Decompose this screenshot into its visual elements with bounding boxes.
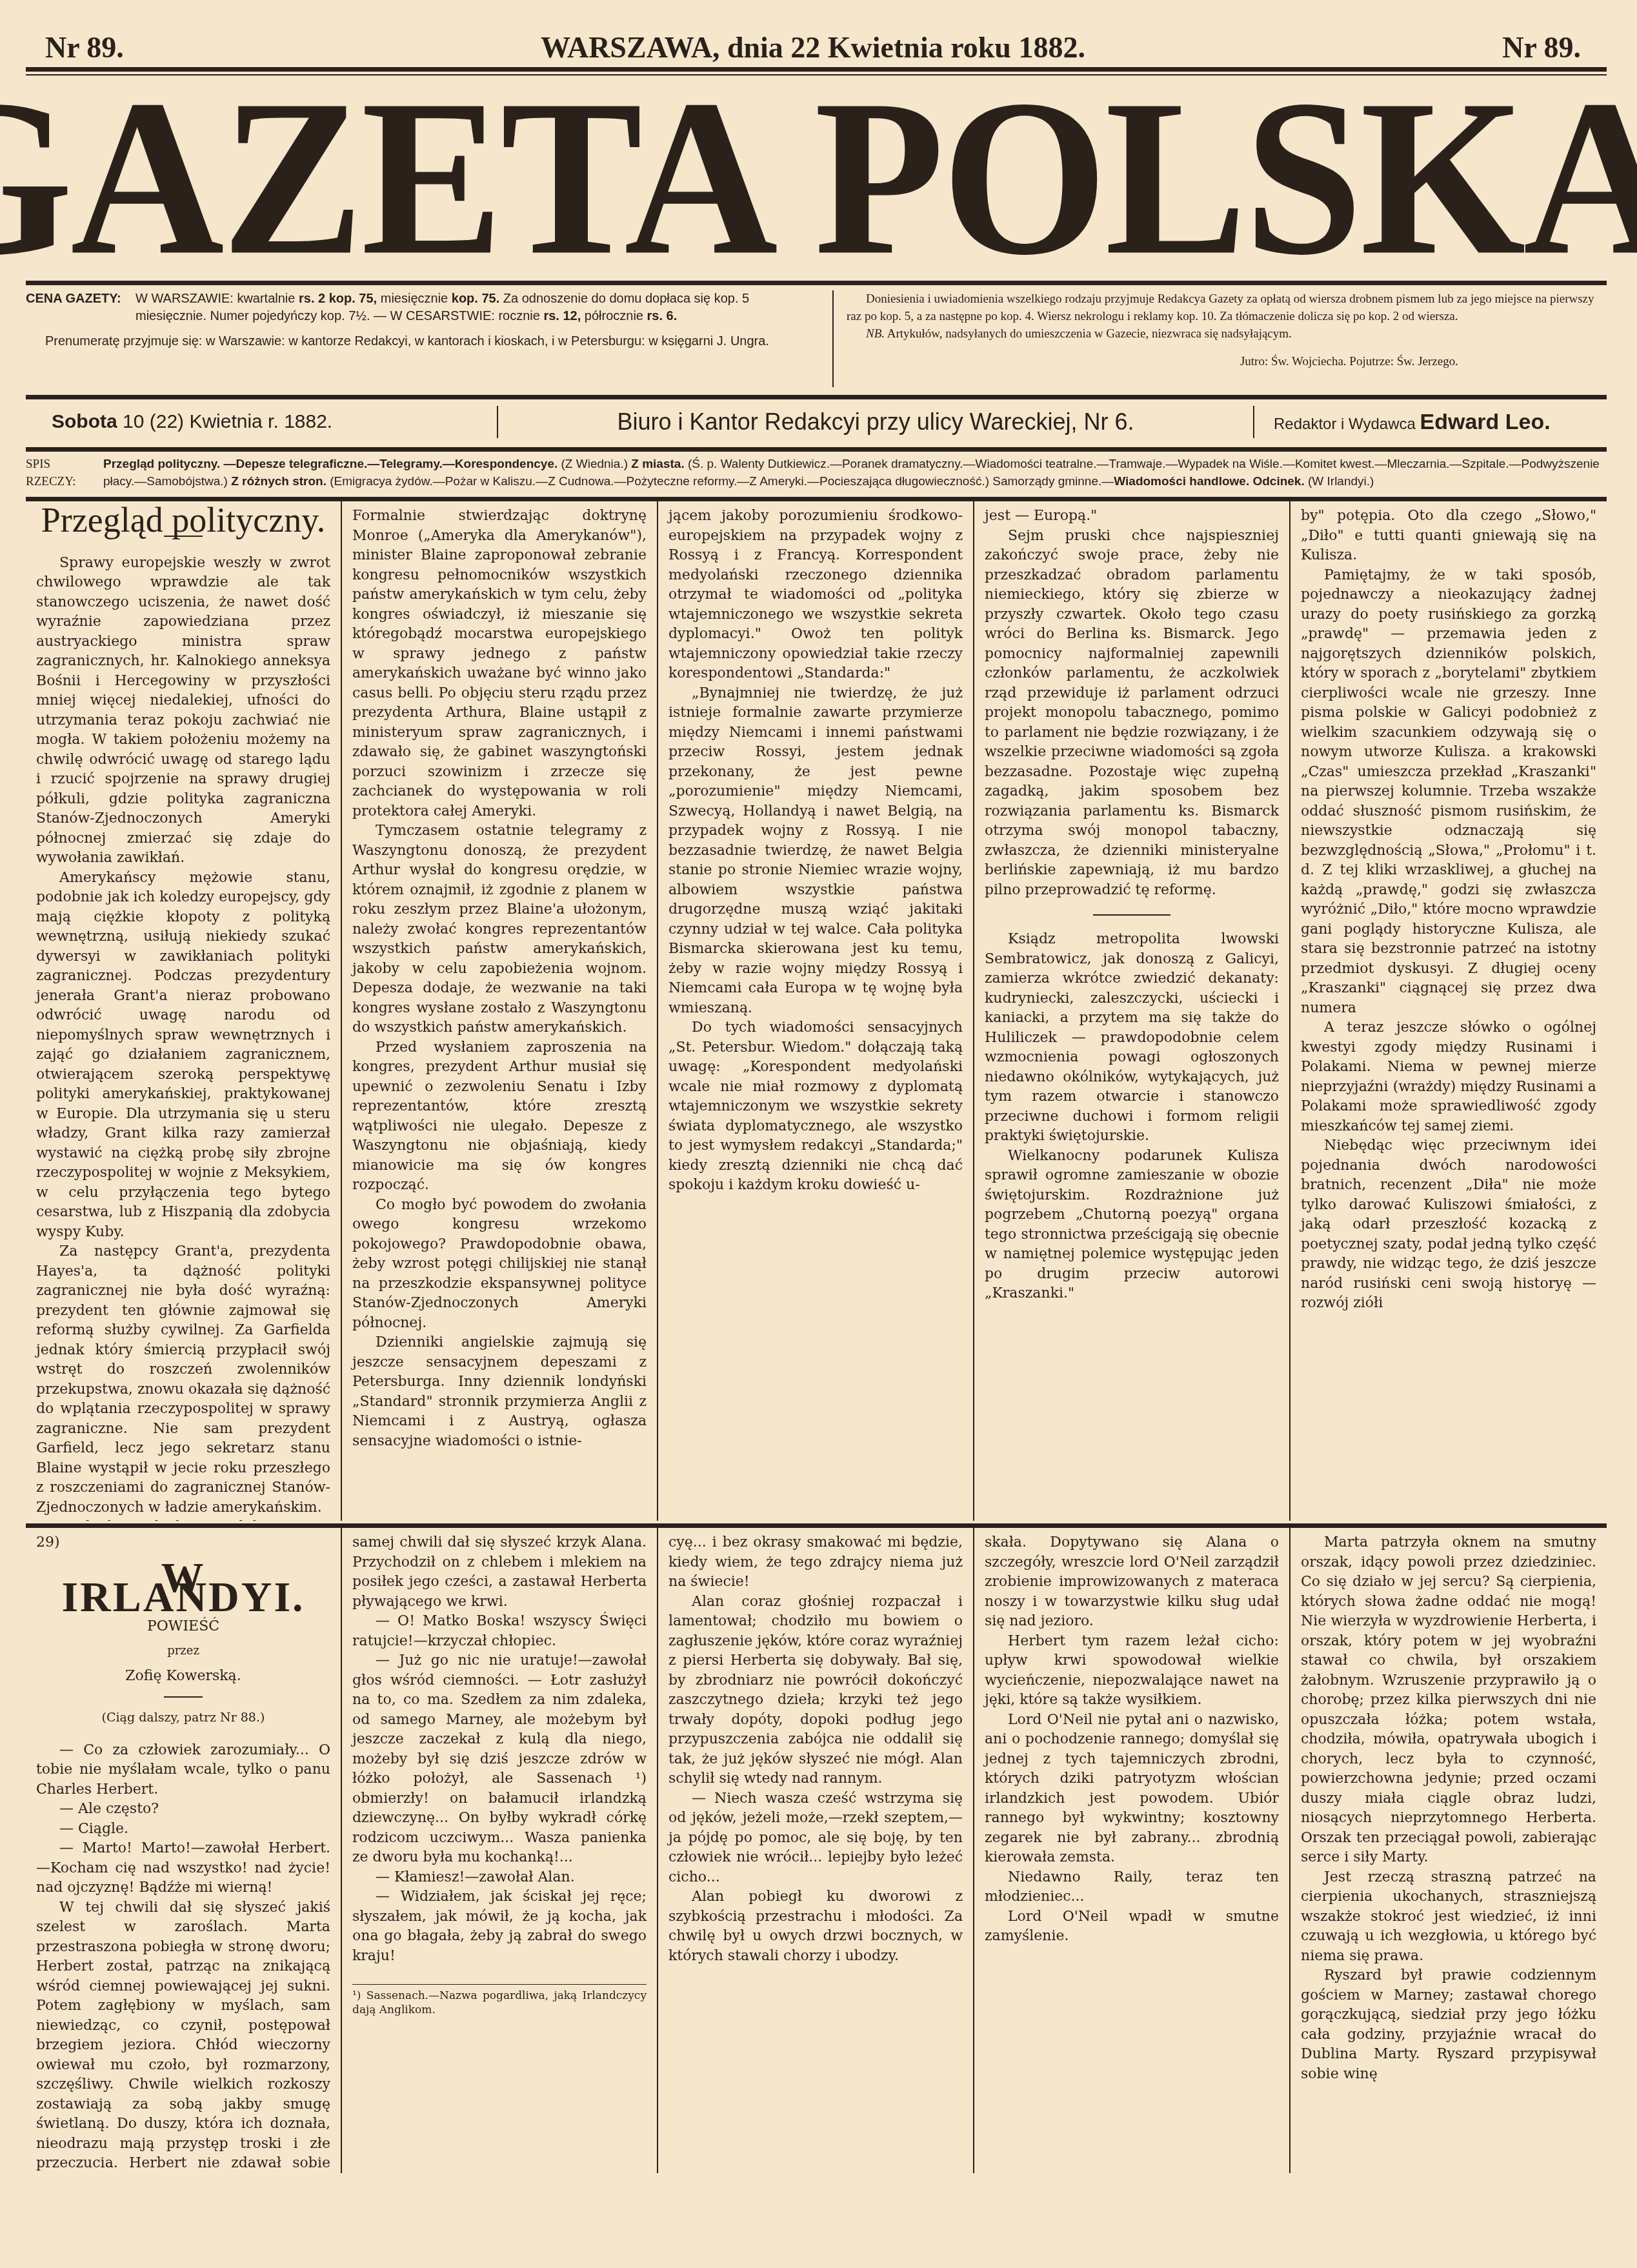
story-column-5: Marta patrzyła oknem na smutny orszak, i… — [1291, 1528, 1607, 2173]
paragraph: samej chwili dał się słyszeć krzyk Alana… — [352, 1533, 647, 1612]
divider — [164, 1696, 203, 1698]
paragraph: Alan pobiegł ku dworowi z szybkością prz… — [668, 1887, 963, 1966]
table-of-contents: SPIS RZECZY: Przegląd polityczny. —Depes… — [26, 452, 1607, 494]
pricing-part: półrocznie — [581, 309, 647, 323]
column-4: jest — Europą."Sejm pruski chce najspies… — [974, 501, 1291, 1521]
paragraph: Niebędąc więc przeciwnym idei pojednania… — [1301, 1136, 1596, 1314]
paragraph: jącem jakoby porozumieniu środkowo-europ… — [668, 507, 963, 684]
nb-line: NB. Artykułów, nadsyłanych do umieszczen… — [847, 325, 1607, 343]
paragraph: Za następcy Grant'a, prezydenta Hayes'a,… — [36, 1242, 330, 1518]
paragraph: Amerykańscy mężowie stanu, podobnie jak … — [36, 868, 330, 1243]
paragraph: Niedawno Raily, teraz ten młodzieniec... — [985, 1868, 1279, 1907]
footnote: ¹) Sassenach.—Nazwa pogardliwa, jaką Irl… — [352, 1984, 647, 2017]
paragraph: skała. Dopytywano się Alana o szczegóły,… — [985, 1533, 1279, 1632]
weekday: Sobota — [52, 411, 117, 432]
story-author: Zofię Kowerską. — [36, 1667, 330, 1687]
paragraph: Herbert tym razem leżał cicho: upływ krw… — [985, 1632, 1279, 1711]
paragraph: Lord O'Neil wpadł w smutne zamyślenie. — [985, 1907, 1279, 1947]
paragraph: by" potępia. Oto dla czego „Słowo," „Dił… — [1301, 507, 1596, 566]
paragraph: W duchu tych depesz Chili powinno było z… — [36, 1518, 330, 1521]
paragraph: Wielkanocny podarunek Kulisza sprawił og… — [985, 1147, 1279, 1304]
paragraph: W tej chwili dał się słyszeć jakiś szele… — [36, 1898, 330, 2174]
story-column-1: 29) W IRLANDYI. POWIEŚĆ przez Zofię Kowe… — [26, 1528, 342, 2173]
paragraph: jest — Europą." — [985, 507, 1279, 527]
political-review-section: Przegląd polityczny. Sprawy europejskie … — [26, 501, 1607, 1521]
paragraph: cyę... i bez okrasy smakować mi będzie, … — [668, 1533, 963, 1592]
installment-number: 29) — [36, 1533, 330, 1553]
paragraph: Dzienniki angielskie zajmują się jeszcze… — [352, 1333, 647, 1451]
paragraph: Pamiętajmy, że w taki sposób, pojednawcz… — [1301, 566, 1596, 1019]
contents-item: (W Irlandyi.) — [1305, 475, 1374, 488]
paragraph: Przed wysłaniem zaproszenia na kongres, … — [352, 1038, 647, 1196]
story-column-4: skała. Dopytywano się Alana o szczegóły,… — [974, 1528, 1291, 2173]
paragraph: — Ale często? — [36, 1800, 330, 1820]
pricing-block: CENA GAZETY: W WARSZAWIE: kwartalnie rs.… — [26, 290, 834, 387]
contents-item: (Z Wiednia.) — [557, 457, 631, 471]
story-column-3: cyę... i bez okrasy smakować mi będzie, … — [658, 1528, 974, 2173]
continued-note: (Ciąg dalszy, patrz Nr 88.) — [36, 1708, 330, 1728]
paragraph: A teraz jeszcze słówko o ogólnej kwestyi… — [1301, 1018, 1596, 1136]
notices-block: Doniesienia i uwiadomienia wszelkiego ro… — [834, 290, 1607, 387]
divider — [26, 1523, 1607, 1528]
paragraph: Ksiądz metropolita lwowski Sembratowicz,… — [985, 930, 1279, 1147]
paragraph: Jest rzeczą straszną patrzeć na cierpien… — [1301, 1868, 1596, 1967]
saints-days: Jutro: Św. Wojciecha. Pojutrze: Św. Jerz… — [847, 353, 1607, 370]
masthead: GAZETA POLSKA. — [26, 78, 1607, 278]
contents-label: SPIS RZECZY: — [26, 456, 103, 490]
contents-item: Z różnych stron. — [231, 475, 326, 488]
story-column-2: samej chwili dał się słyszeć krzyk Alana… — [342, 1528, 658, 2173]
paragraph: Lord O'Neil nie pytał ani o nazwisko, an… — [985, 1711, 1279, 1868]
contents-item: Przegląd polityczny. —Depesze telegrafic… — [103, 457, 557, 471]
serial-novel-section: 29) W IRLANDYI. POWIEŚĆ przez Zofię Kowe… — [26, 1528, 1607, 2173]
paragraph: Sprawy europejskie weszły w zwrot chwilo… — [36, 554, 330, 868]
paragraph: — Co za człowiek zarozumiały... O tobie … — [36, 1741, 330, 1800]
paragraph: — Niech wasza cześć wstrzyma się od jękó… — [668, 1789, 963, 1888]
editor: Redaktor i Wydawca Edward Leo. — [1254, 406, 1607, 438]
paragraph: Marta patrzyła oknem na smutny orszak, i… — [1301, 1533, 1596, 1868]
paragraph: Alan coraz głośniej rozpaczał i lamentow… — [668, 1592, 963, 1789]
paragraph: Formalnie stwierdzając doktrynę Monroe (… — [352, 507, 647, 821]
column-1: Przegląd polityczny. Sprawy europejskie … — [26, 501, 342, 1521]
divider — [26, 447, 1607, 452]
paragraph: — Ciągle. — [36, 1820, 330, 1840]
date-text: 10 (22) Kwietnia r. 1882. — [117, 411, 333, 432]
editor-label: Redaktor i Wydawca — [1274, 416, 1420, 433]
column-2: Formalnie stwierdzając doktrynę Monroe (… — [342, 501, 658, 1521]
newspaper-page: Nr 89. WARSZAWA, dnia 22 Kwietnia roku 1… — [26, 19, 1607, 2173]
divider — [1093, 914, 1170, 916]
editor-name: Edward Leo. — [1420, 410, 1551, 434]
section-heading: Przegląd polityczny. — [36, 510, 330, 530]
contents-item: Wiadomości handlowe. Odcinek. — [1114, 475, 1304, 488]
column-3: jącem jakoby porozumieniu środkowo-europ… — [658, 501, 974, 1521]
paragraph: — Już go nic nie uratuje!—zawołał głos w… — [352, 1651, 647, 1868]
pricing-yearly: rs. 12, — [543, 309, 581, 323]
story-title: W IRLANDYI. — [36, 1569, 330, 1608]
paragraph: Sejm pruski chce najspieszniej zakończyć… — [985, 527, 1279, 901]
contents-item: Z miasta. — [631, 457, 684, 471]
dateline: Sobota 10 (22) Kwietnia r. 1882. Biuro i… — [26, 399, 1607, 445]
paragraph: — Marto! Marto!—zawołał Herbert.—Kocham … — [36, 1839, 330, 1898]
issue-date: Sobota 10 (22) Kwietnia r. 1882. — [26, 406, 498, 438]
story-by: przez — [36, 1641, 330, 1661]
paragraph: Do tych wiadomości sensacyjnych „St. Pet… — [668, 1018, 963, 1196]
subscription-info: Prenumeratę przyjmuje się: w Warszawie: … — [26, 333, 819, 350]
pricing-halfyear: rs. 6. — [647, 309, 678, 323]
paragraph: Co mogło być powodem do zwołania owego k… — [352, 1196, 647, 1334]
office-address: Biuro i Kantor Redakcyi przy ulicy Warec… — [498, 406, 1254, 438]
nb-text: Artykułów, nadsyłanych do umieszczenia w… — [885, 327, 1292, 341]
paragraph: Tymczasem ostatnie telegramy z Waszyngto… — [352, 821, 647, 1038]
divider — [26, 395, 1607, 399]
nb-label: NB. — [866, 327, 885, 341]
paragraph: „Bynajmniej nie twierdzę, że już istniej… — [668, 684, 963, 1019]
paragraph: — O! Matko Boska! wszyscy Święci ratujci… — [352, 1612, 647, 1651]
paragraph: — Kłamiesz!—zawołał Alan. — [352, 1868, 647, 1888]
paragraph: — Widziałem, jak ściskał jej ręce; słysz… — [352, 1887, 647, 1966]
paragraph: Ryszard był prawie codziennym gościem w … — [1301, 1966, 1596, 2084]
contents-item: (Emigracya żydów.—Pożar w Kaliszu.—Z Cud… — [326, 475, 1114, 488]
newspaper-title: GAZETA POLSKA. — [0, 66, 1637, 290]
column-5: by" potępia. Oto dla czego „Słowo," „Dił… — [1291, 501, 1607, 1521]
contents-text: Przegląd polityczny. —Depesze telegrafic… — [103, 456, 1607, 490]
divider — [26, 497, 1607, 501]
